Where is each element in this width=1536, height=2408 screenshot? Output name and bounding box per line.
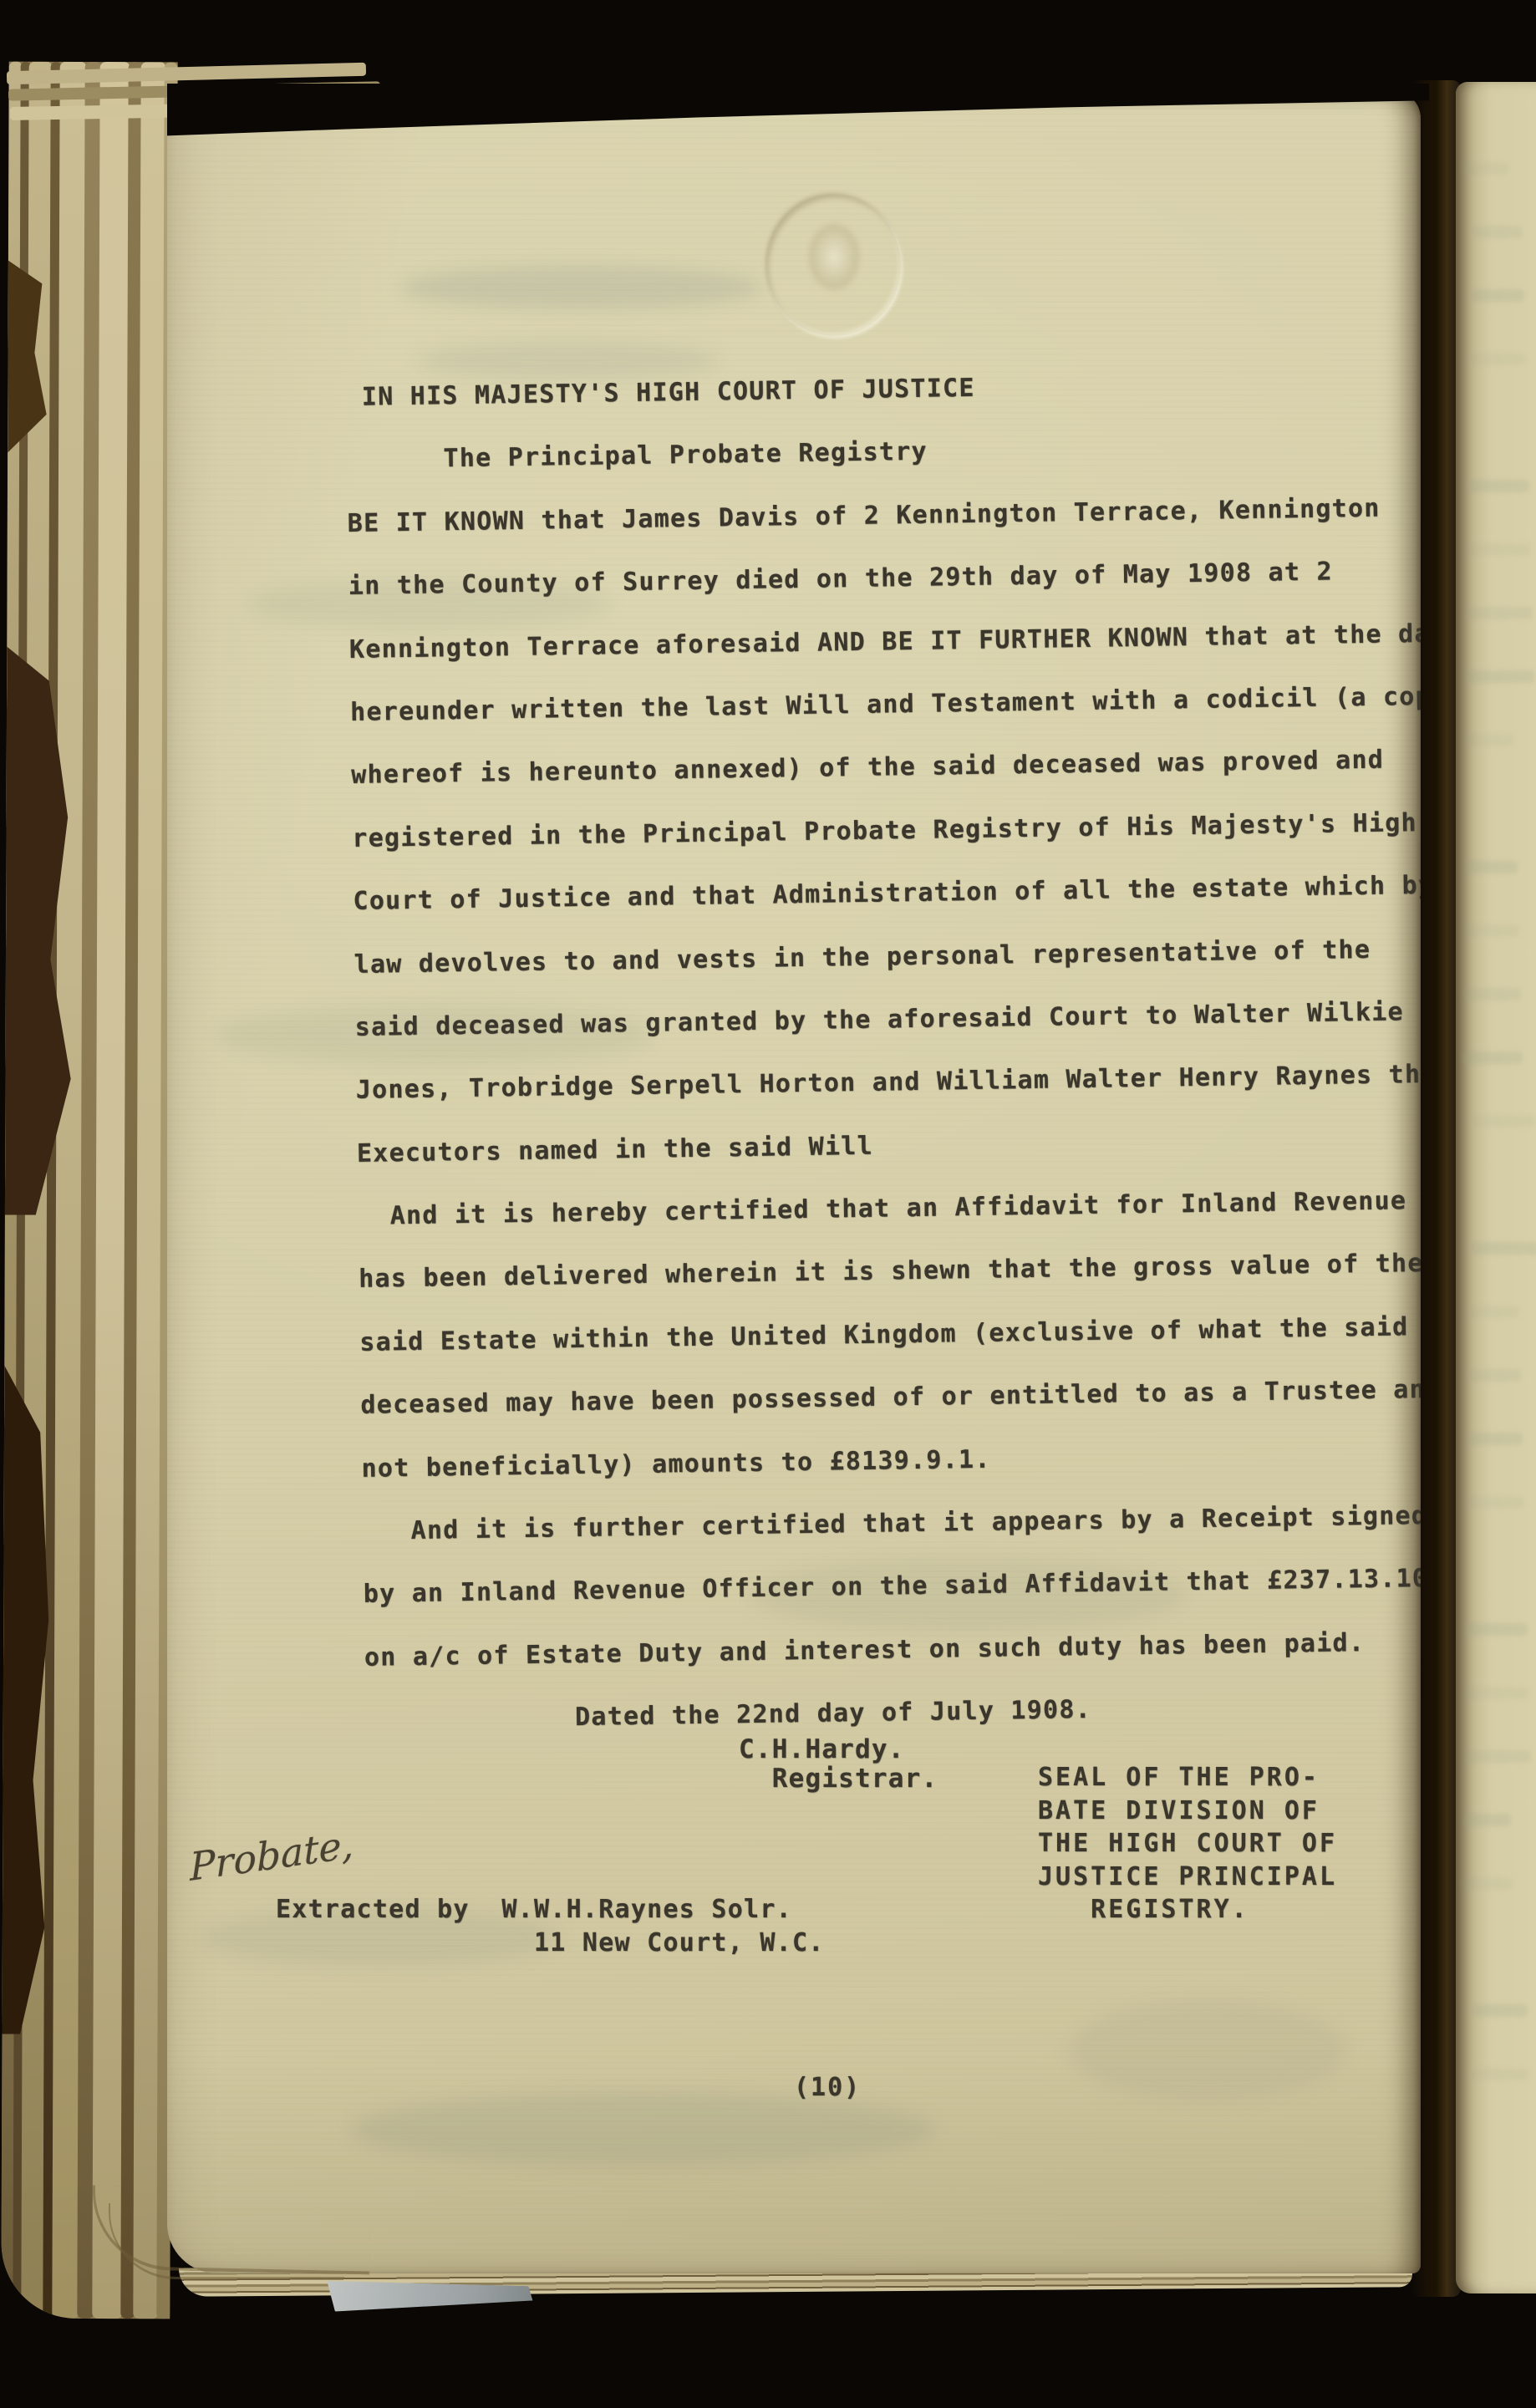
ghost-text-row	[1467, 1623, 1528, 1636]
registrar-signature: C.H.Hardy.	[739, 1735, 938, 1764]
seal-notice-line: THE HIGH COURT OF	[1038, 1827, 1337, 1861]
embossed-royal-seal	[767, 196, 901, 336]
ghost-text-row	[1471, 1306, 1519, 1318]
ghost-text-row	[1464, 924, 1519, 937]
ghost-text-row	[1462, 1051, 1523, 1064]
ghost-text-row	[1469, 543, 1531, 556]
signature-block: C.H.Hardy. Registrar.	[739, 1735, 938, 1794]
ghost-text-row	[1472, 2068, 1529, 2080]
ghost-text-row	[1463, 1877, 1513, 1890]
ghost-text-row	[1463, 988, 1521, 1000]
ghost-text-row	[1462, 162, 1509, 175]
registrar-title: Registrar.	[739, 1764, 938, 1794]
scanned-book-photograph: IN HIS MAJESTY'S HIGH COURT OF JUSTICE T…	[0, 0, 1536, 2408]
document-page: IN HIS MAJESTY'S HIGH COURT OF JUSTICE T…	[167, 90, 1421, 2273]
extraction-line: Extracted by W.W.H.Raynes Solr.	[276, 1893, 825, 1927]
seal-notice-line: BATE DIVISION OF	[1038, 1795, 1337, 1828]
ghost-text-row	[1467, 734, 1514, 746]
seal-notice: SEAL OF THE PRO-BATE DIVISION OFTHE HIGH…	[1038, 1761, 1337, 1927]
typed-body-text: IN HIS MAJESTY'S HIGH COURT OF JUSTICE T…	[345, 349, 1421, 1752]
handwritten-probate-note: Probate,	[189, 1821, 354, 1890]
ghost-text-row	[1472, 289, 1524, 302]
extraction-line: 11 New Court, W.C.	[276, 1927, 825, 1960]
ghost-text-row	[1469, 1433, 1523, 1445]
ghost-text-row	[1473, 226, 1523, 238]
left-page-edges-stack	[1, 62, 177, 2319]
ghost-text-row	[1473, 2004, 1528, 2017]
extraction-note: Extracted by W.W.H.Raynes Solr. 11 New C…	[276, 1893, 825, 1960]
seal-notice-line: REGISTRY.	[1038, 1893, 1337, 1927]
seal-notice-line: JUSTICE PRINCIPAL	[1038, 1861, 1337, 1894]
seal-notice-line: SEAL OF THE PRO-	[1038, 1761, 1337, 1795]
ghost-text-row	[1467, 670, 1534, 683]
paper-stain	[1070, 2000, 1345, 2100]
ghost-text-row	[1473, 1115, 1536, 1128]
ghost-text-row	[1470, 1369, 1521, 1382]
ghost-text-row	[1465, 1750, 1531, 1763]
curled-corner-line	[109, 2203, 344, 2279]
ghost-text-row	[1472, 1242, 1536, 1255]
page-number: (10)	[794, 2073, 861, 2102]
ghost-text-row	[1470, 480, 1529, 492]
ghost-text-row	[1466, 1687, 1529, 1699]
ghost-text-row	[1464, 1814, 1511, 1826]
ghost-text-row	[1468, 1496, 1524, 1509]
ghost-text-row	[1472, 353, 1526, 365]
next-page-edge	[1456, 82, 1536, 2293]
paper-stain	[351, 2092, 936, 2167]
ghost-text-row	[1468, 607, 1533, 619]
paper-stain	[401, 266, 760, 309]
ghost-text-row	[1465, 861, 1518, 873]
